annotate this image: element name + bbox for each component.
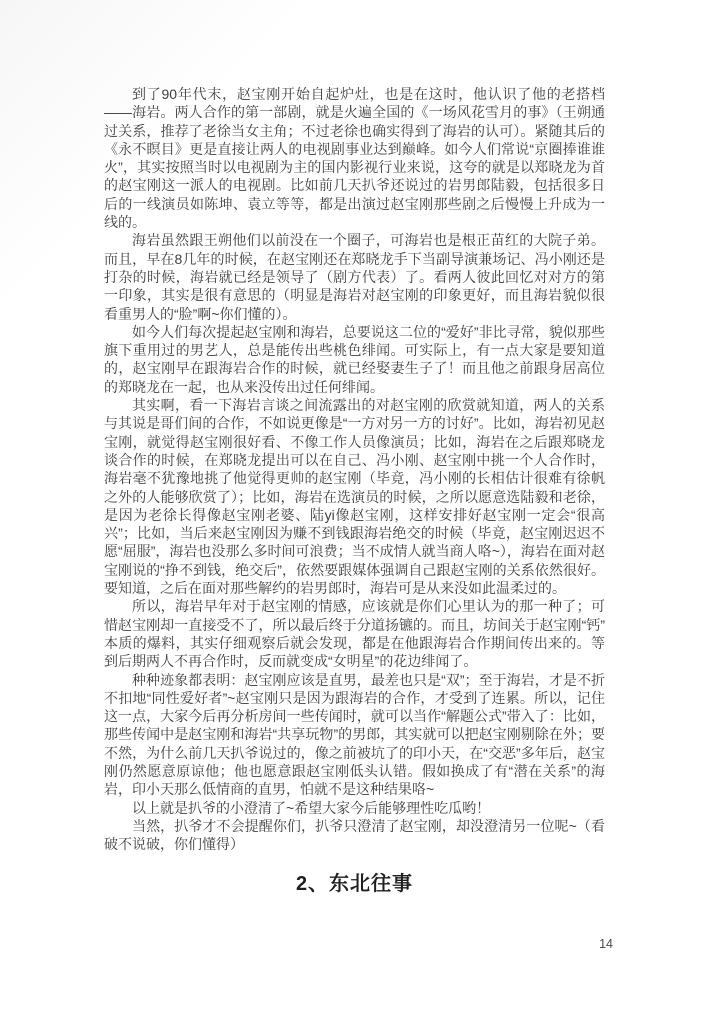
paragraph: 如今人们每次提起赵宝刚和海岩，总要说这二位的“爱好”非比寻常，貌似那些旗下重用过…: [104, 323, 605, 396]
paragraph: 其实啊，看一下海岩言谈之间流露出的对赵宝刚的欣赏就知道，两人的关系与其说是哥们间…: [104, 396, 605, 597]
paragraph: 所以，海岩早年对于赵宝刚的情感，应该就是你们心里认为的那一种了；可惜赵宝刚却一直…: [104, 597, 605, 670]
paragraph: 当然，扒爷才不会提醒你们，扒爷只澄清了赵宝刚，却没澄清另一位呢~（看破不说破，你…: [104, 817, 605, 854]
document-page: 到了90年代末，赵宝刚开始自起炉灶，也是在这时，他认识了他的老搭档——海岩。两人…: [0, 0, 723, 1024]
page-number: 14: [104, 937, 613, 951]
section-heading: 2、东北往事: [104, 872, 605, 896]
paragraph: 海岩虽然跟王朔他们以前没在一个圈子，可海岩也是根正苗红的大院子弟。而且，早在8几…: [104, 231, 605, 322]
paragraph: 到了90年代末，赵宝刚开始自起炉灶，也是在这时，他认识了他的老搭档——海岩。两人…: [104, 85, 605, 231]
paragraph: 以上就是扒爷的小澄清了~希望大家今后能够理性吃瓜哟！: [104, 799, 605, 817]
article-body: 到了90年代末，赵宝刚开始自起炉灶，也是在这时，他认识了他的老搭档——海岩。两人…: [104, 85, 605, 896]
paragraph: 种种迹象都表明：赵宝刚应该是直男，最差也只是“双”；至于海岩，才是不折不扣地“同…: [104, 671, 605, 799]
